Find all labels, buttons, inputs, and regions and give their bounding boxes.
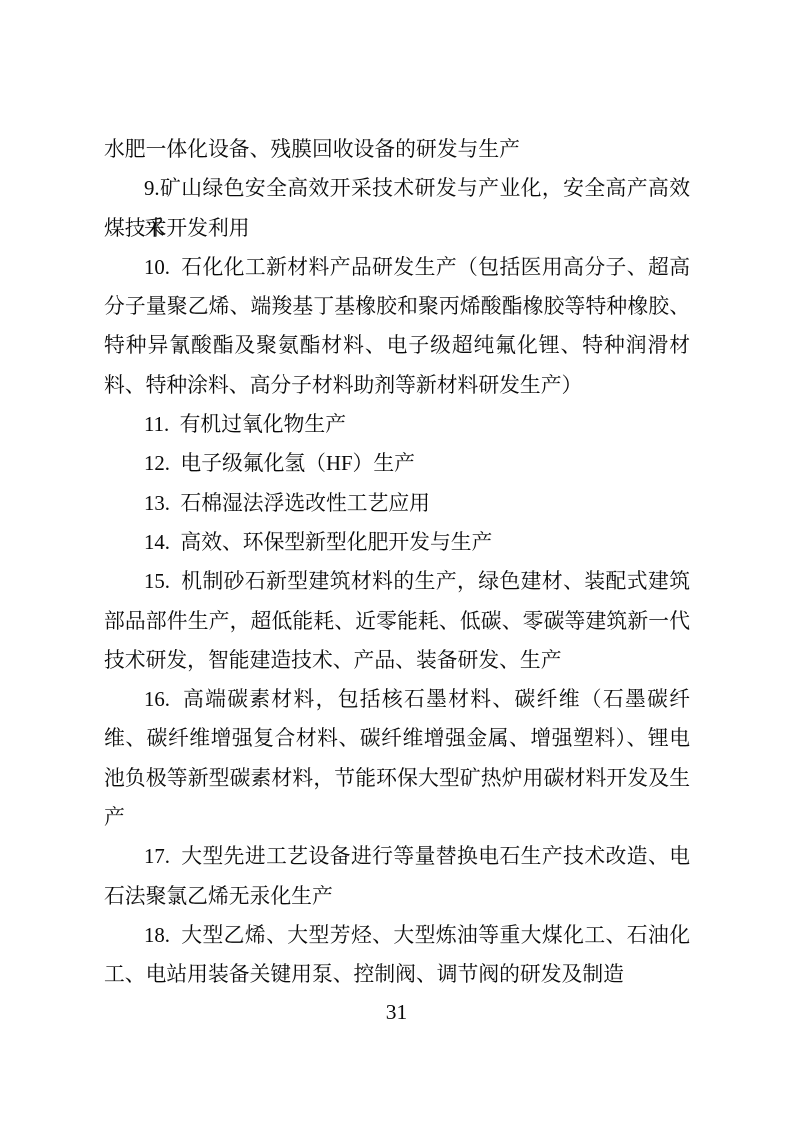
document-body: 水肥一体化设备、残膜回收设备的研发与生产9.矿山绿色安全高效开采技术研发与产业化… (104, 130, 690, 995)
document-line: 料、特种涂料、高分子材料助剂等新材料研发生产） (104, 366, 690, 405)
document-line: 10. 石化化工新材料产品研发生产（包括医用高分子、超高 (104, 248, 690, 287)
document-line: 工、电站用装备关键用泵、控制阀、调节阀的研发及制造 (104, 955, 690, 994)
document-line: 11. 有机过氧化物生产 (104, 405, 690, 444)
document-line: 14. 高效、环保型新型化肥开发与生产 (104, 523, 690, 562)
page-number: 31 (0, 997, 793, 1027)
document-line: 15. 机制砂石新型建筑材料的生产，绿色建材、装配式建筑 (104, 562, 690, 601)
document-line: 煤技术开发利用 (104, 209, 690, 248)
document-line: 13. 石棉湿法浮选改性工艺应用 (104, 484, 690, 523)
document-line: 水肥一体化设备、残膜回收设备的研发与生产 (104, 130, 690, 169)
document-line: 维、碳纤维增强复合材料、碳纤维增强金属、增强塑料）、锂电 (104, 719, 690, 758)
document-line: 池负极等新型碳素材料，节能环保大型矿热炉用碳材料开发及生 (104, 759, 690, 798)
document-line: 12. 电子级氟化氢（HF）生产 (104, 444, 690, 483)
document-line: 分子量聚乙烯、端羧基丁基橡胶和聚丙烯酸酯橡胶等特种橡胶、 (104, 287, 690, 326)
document-line: 16. 高端碳素材料，包括核石墨材料、碳纤维（石墨碳纤 (104, 680, 690, 719)
document-page: 水肥一体化设备、残膜回收设备的研发与生产9.矿山绿色安全高效开采技术研发与产业化… (0, 0, 793, 1122)
document-line: 18. 大型乙烯、大型芳烃、大型炼油等重大煤化工、石油化 (104, 916, 690, 955)
document-line: 石法聚氯乙烯无汞化生产 (104, 877, 690, 916)
document-line: 特种异氰酸酯及聚氨酯材料、电子级超纯氟化锂、特种润滑材 (104, 326, 690, 365)
document-line: 部品部件生产，超低能耗、近零能耗、低碳、零碳等建筑新一代 (104, 602, 690, 641)
document-line: 产 (104, 798, 690, 837)
document-line: 9.矿山绿色安全高效开采技术研发与产业化，安全高产高效采 (104, 169, 690, 208)
document-line: 17. 大型先进工艺设备进行等量替换电石生产技术改造、电 (104, 837, 690, 876)
document-line: 技术研发，智能建造技术、产品、装备研发、生产 (104, 641, 690, 680)
